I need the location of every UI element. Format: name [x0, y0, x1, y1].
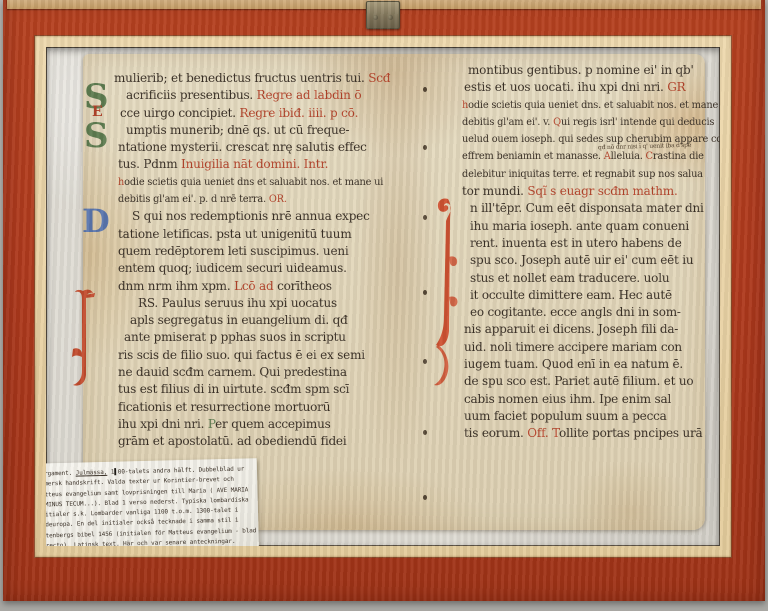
screw-icon [388, 15, 393, 20]
text-segment: rastina die [653, 151, 704, 162]
sewing-hole [423, 495, 427, 500]
ms-line: cce uirgo concipiet. Regre ibiđ. iiii. p… [104, 105, 404, 122]
left-page-text-block: mulierib; et benedictus fructus uentris … [104, 70, 404, 451]
ms-line: tis eorum. Off. Tollite portas pncipes u… [452, 425, 712, 442]
sewing-hole [423, 430, 427, 435]
text-segment: odie scietis quia ueniet dns et saluabit… [124, 177, 383, 188]
text-segment: quem redēptorem leti suscipimus. ueni [118, 244, 349, 258]
text-segment: ante pmiserat p pphas suos in scriptu [124, 330, 346, 344]
right-page-text-block: montibus gentibus. p nomine ei' in qb'es… [452, 62, 712, 443]
text-segment: cce uirgo concipiet. [120, 106, 240, 120]
ms-line: ris scis de filio suo. qui factus ē ei e… [104, 347, 404, 364]
ms-line: nis apparuit ei dicens. Joseph fili da- [452, 321, 712, 338]
ms-line: grām et apostolatū. ad obediendū fidei [104, 433, 404, 450]
text-segment: odie scietis quia ueniet dns. et saluabi… [468, 100, 720, 111]
text-segment: n ill'tēpr. Cum eēt disponsata mater dni [470, 201, 704, 215]
text-segment: entem quoq; iudicem securi uideamus. [118, 261, 347, 275]
ms-line: uum faciet populum suum a pecca [452, 408, 712, 425]
ms-line: umptis munerib; dnē qs. ut cū freque- [104, 122, 404, 139]
text-segment: RS. Paulus seruus ihu xpi uocatus [138, 296, 337, 310]
ms-line: acrificiis presentibus. Regre ad labdin … [104, 87, 404, 104]
ms-line: S qui nos redemptionis nrē annua expec [104, 208, 404, 225]
text-segment: debitis gl'am ei'. v. [462, 117, 553, 128]
text-segment: er quem accepimus [215, 417, 330, 431]
text-segment: A [604, 151, 611, 162]
catalog-label-text: Pergament. Julmässa, 1▌00-talets andra h… [46, 464, 255, 546]
text-segment: Sqĩ s euagr scđm mathm. [527, 184, 677, 198]
ms-line: it occulte dimittere eam. Hec autē [452, 287, 712, 304]
text-segment: nis apparuit ei dicens. Joseph fili da- [464, 322, 678, 336]
ms-line: apls segregatus in euangelium di. qđ [104, 312, 404, 329]
ms-line: ne dauid scđm carnem. Qui predestina [104, 364, 404, 381]
text-segment: p cō. [330, 106, 358, 120]
text-segment: ui regis isrl' intende qui deducis [561, 117, 714, 128]
tall-red-initial-f [72, 287, 96, 391]
sewing-hole [423, 87, 427, 92]
ms-line: uid. noli timere accipere mariam con [452, 339, 712, 356]
text-segment: Off. [527, 426, 548, 440]
text-segment: corītheos [273, 279, 331, 293]
text-segment: Julmässa, [76, 469, 108, 477]
text-segment: tis eorum. [464, 426, 527, 440]
sewing-hole [423, 290, 427, 295]
ms-line: debitis gl'am ei'. v. Qui regis isrl' in… [452, 114, 712, 131]
text-segment: iugem tuam. Quod enī in ea natum ē. [464, 357, 683, 371]
text-segment: dnm nrm ihm xpm. [118, 279, 234, 293]
text-segment: Scđ [368, 71, 390, 85]
ms-line: ihu xpi dni nri. Per quem accepimus [104, 416, 404, 433]
text-segment: ollite portas pncipes urā [559, 426, 702, 440]
sewing-hole [423, 215, 427, 220]
text-segment: tatione letificas. psta ut unigenitū tuu… [118, 227, 352, 241]
text-segment: tus. Pdnm [118, 157, 181, 171]
text-segment: uid. noli timere accipere mariam con [464, 340, 682, 354]
ms-line: hodie scietis quia ueniet dns. et saluab… [452, 97, 712, 114]
text-segment: Inuigilia nāt domini. Intr. [181, 157, 328, 171]
text-segment: Q [553, 117, 561, 128]
ms-line: rent. inuenta est in utero habens de [452, 235, 712, 252]
ornate-red-initial-i [434, 197, 460, 393]
text-segment: tus est filius di in uirtute. scđm spm s… [118, 382, 349, 396]
ms-line: estis et uos uocati. ihu xpi dni nri. GR [452, 79, 712, 96]
text-segment: GR [667, 80, 685, 94]
text-segment: S qui nos redemptionis nrē annua expec [132, 209, 370, 223]
text-segment: estis et uos uocati. ihu xpi dni nri. [464, 80, 667, 94]
text-segment: C [646, 151, 653, 162]
text-segment: lleluia. [611, 151, 646, 162]
ms-line: stus et nollet eam traducere. uolu [452, 270, 712, 287]
picture-frame: mulierib; et benedictus fructus uentris … [3, 0, 765, 601]
text-segment: Regre ibiđ. iiii. [240, 106, 327, 120]
text-segment: ris scis de filio suo. qui factus ē ei e… [118, 348, 365, 362]
ms-line: de spu sco est. Pariet autē filium. et u… [452, 373, 712, 390]
ms-line: ihu maria ioseph. ante quam conueni [452, 218, 712, 235]
blue-initial-deus: D [82, 205, 110, 237]
text-segment: ficationis et resurrectione mortuorū [118, 400, 330, 414]
ms-line: tus. Pdnm Inuigilia nāt domini. Intr. [104, 156, 404, 173]
text-segment: apls segregatus in euangelium di. qđ [130, 313, 348, 327]
hanging-bracket [366, 1, 400, 29]
text-segment: Regre ad labdin ō [257, 88, 362, 102]
frame-inner-liner: mulierib; et benedictus fructus uentris … [35, 36, 731, 557]
ms-line: eo cogitante. ecce angls dni in som- [452, 304, 712, 321]
text-segment: acrificiis presentibus. [126, 88, 257, 102]
text-segment: eo cogitante. ecce angls dni in som- [470, 305, 681, 319]
text-segment: de spu sco est. Pariet autē filium. et u… [464, 374, 693, 388]
text-segment: 00-talets andra hälft. Dubbelblad ur [118, 466, 245, 476]
text-segment: cabis nomen eius ihm. Ipe enim sal [464, 392, 671, 406]
ms-line: ante pmiserat p pphas suos in scriptu [104, 329, 404, 346]
sewing-hole [423, 359, 427, 364]
sewing-hole [423, 145, 427, 150]
ms-line: dnm nrm ihm xpm. Lcō ad corītheos [104, 278, 404, 295]
text-segment: Pergament. [46, 470, 76, 478]
text-segment: debitis gl'am ei'. p. d nrē terra. [118, 194, 269, 205]
green-initial-sumptis: S [84, 119, 109, 153]
text-segment: spu sco. Joseph autē uir ei' cum eēt iu [470, 253, 693, 267]
text-segment: ntatione mysterii. crescat nrę salutis e… [118, 140, 367, 154]
matted-interior: mulierib; et benedictus fructus uentris … [46, 47, 720, 546]
ms-line: entem quoq; iudicem securi uideamus. [104, 260, 404, 277]
ms-line: debitis gl'am ei'. p. d nrē terra. OR. [104, 191, 404, 208]
text-segment: stus et nollet eam traducere. uolu [470, 271, 669, 285]
ms-line: tatione letificas. psta ut unigenitū tuu… [104, 226, 404, 243]
ms-line: spu sco. Joseph autē uir ei' cum eēt iu [452, 252, 712, 269]
ms-line: ficationis et resurrectione mortuorū [104, 399, 404, 416]
text-segment: effrem beniamin et manasse. [462, 151, 604, 162]
text-segment: it occulte dimittere eam. Hec autē [470, 288, 672, 302]
text-segment: ne dauid scđm carnem. Qui predestina [118, 365, 347, 379]
ms-line: delebitur iniquitas terre. et regnabit s… [452, 166, 712, 183]
screw-icon [373, 15, 378, 20]
ms-line: cabis nomen eius ihm. Ipe enim sal [452, 391, 712, 408]
ms-line: RS. Paulus seruus ihu xpi uocatus [104, 295, 404, 312]
ms-line: ntatione mysterii. crescat nrę salutis e… [104, 139, 404, 156]
text-segment: delebitur iniquitas terre. et regnabit s… [462, 169, 703, 180]
ms-line: tor mundi. Sqĩ s euagr scđm mathm. [452, 183, 712, 200]
text-segment: rent. inuenta est in utero habens de [470, 236, 682, 250]
catalog-label: Pergament. Julmässa, 1▌00-talets andra h… [46, 458, 259, 546]
text-segment: OR. [269, 194, 287, 205]
ms-line: hodie scietis quia ueniet dns et saluabi… [104, 174, 404, 191]
text-segment: montibus gentibus. p nomine ei' in qb' [468, 63, 694, 77]
ms-line: montibus gentibus. p nomine ei' in qb' [452, 62, 712, 79]
text-segment: mulierib; et benedictus fructus uentris … [114, 71, 368, 85]
text-segment: ihu xpi dni nri. [118, 417, 208, 431]
text-segment: tor mundi. [462, 184, 527, 198]
text-segment: grām et apostolatū. ad obediendū fidei [118, 434, 346, 448]
text-segment: uum faciet populum suum a pecca [464, 409, 667, 423]
text-segment: Lcō ad [234, 279, 273, 293]
ms-line: tus est filius di in uirtute. scđm spm s… [104, 381, 404, 398]
text-segment: ihu maria ioseph. ante quam conueni [470, 219, 689, 233]
ms-line: iugem tuam. Quod enī in ea natum ē. [452, 356, 712, 373]
text-segment: umptis munerib; dnē qs. ut cū freque- [126, 123, 349, 137]
ms-line: mulierib; et benedictus fructus uentris … [104, 70, 404, 87]
ms-line: quem redēptorem leti suscipimus. ueni [104, 243, 404, 260]
ms-line: effrem beniamin et manasse. Alleluia. Cr… [452, 148, 712, 165]
ms-line: n ill'tēpr. Cum eēt disponsata mater dni [452, 200, 712, 217]
